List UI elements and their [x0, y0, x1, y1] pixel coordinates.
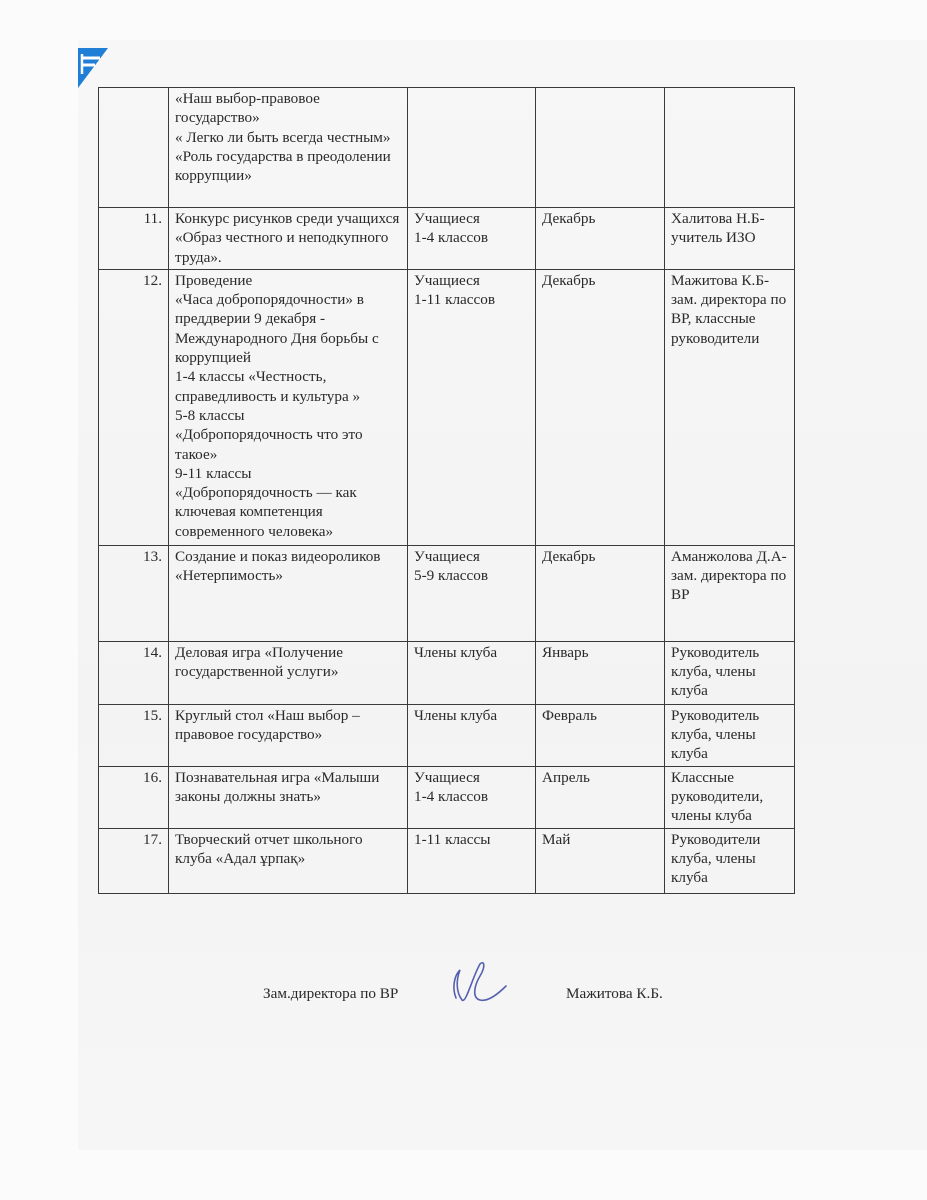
- table-row: 12.Проведение «Часа добропорядочности» в…: [99, 269, 795, 545]
- row-number: 16.: [99, 766, 169, 828]
- table-row: 14.Деловая игра «Получение государственн…: [99, 641, 795, 704]
- event-cell: Познавательная игра «Малыши законы должн…: [169, 766, 408, 828]
- event-cell: Конкурс рисунков среди учащихся «Образ ч…: [169, 208, 408, 270]
- row-number: 15.: [99, 704, 169, 766]
- responsible-cell: Классные руководители, члены клуба: [665, 766, 795, 828]
- table-row: 11.Конкурс рисунков среди учащихся «Обра…: [99, 208, 795, 270]
- participants-cell: Учащиеся 1-11 классов: [408, 269, 536, 545]
- event-plan-table: «Наш выбор-правовое государство» « Легко…: [98, 87, 795, 894]
- date-cell: [536, 88, 665, 208]
- publisher-logo-icon: [78, 48, 108, 88]
- date-cell: Декабрь: [536, 208, 665, 270]
- participants-cell: Учащиеся 5-9 классов: [408, 545, 536, 641]
- handwritten-signature-icon: [446, 958, 508, 1008]
- signature-role: Зам.директора по ВР: [263, 985, 398, 1003]
- row-number: 13.: [99, 545, 169, 641]
- responsible-cell: Аманжолова Д.А-зам. директора по ВР: [665, 545, 795, 641]
- participants-cell: [408, 88, 536, 208]
- responsible-cell: Руководитель клуба, члены клуба: [665, 641, 795, 704]
- participants-cell: 1-11 классы: [408, 828, 536, 893]
- participants-cell: Члены клуба: [408, 641, 536, 704]
- responsible-cell: [665, 88, 795, 208]
- event-cell: «Наш выбор-правовое государство» « Легко…: [169, 88, 408, 208]
- table-row: 17.Творческий отчет школьного клуба «Ада…: [99, 828, 795, 893]
- responsible-cell: Руководитель клуба, члены клуба: [665, 704, 795, 766]
- row-number: [99, 88, 169, 208]
- row-number: 11.: [99, 208, 169, 270]
- date-cell: Январь: [536, 641, 665, 704]
- signatory-name: Мажитова К.Б.: [566, 985, 663, 1003]
- table-row: 16.Познавательная игра «Малыши законы до…: [99, 766, 795, 828]
- event-cell: Создание и показ видеороликов «Нетерпимо…: [169, 545, 408, 641]
- table-row: «Наш выбор-правовое государство» « Легко…: [99, 88, 795, 208]
- event-cell: Деловая игра «Получение государственной …: [169, 641, 408, 704]
- participants-cell: Учащиеся 1-4 классов: [408, 766, 536, 828]
- responsible-cell: Халитова Н.Б-учитель ИЗО: [665, 208, 795, 270]
- date-cell: Февраль: [536, 704, 665, 766]
- participants-cell: Учащиеся 1-4 классов: [408, 208, 536, 270]
- table-row: 15.Круглый стол «Наш выбор – правовое го…: [99, 704, 795, 766]
- date-cell: Апрель: [536, 766, 665, 828]
- row-number: 12.: [99, 269, 169, 545]
- event-cell: Проведение «Часа добропорядочности» в пр…: [169, 269, 408, 545]
- responsible-cell: Мажитова К.Б-зам. директора по ВР, класс…: [665, 269, 795, 545]
- row-number: 14.: [99, 641, 169, 704]
- responsible-cell: Руководители клуба, члены клуба: [665, 828, 795, 893]
- row-number: 17.: [99, 828, 169, 893]
- date-cell: Декабрь: [536, 545, 665, 641]
- table-row: 13.Создание и показ видеороликов «Нетерп…: [99, 545, 795, 641]
- event-cell: Творческий отчет школьного клуба «Адал ұ…: [169, 828, 408, 893]
- date-cell: Май: [536, 828, 665, 893]
- participants-cell: Члены клуба: [408, 704, 536, 766]
- date-cell: Декабрь: [536, 269, 665, 545]
- event-cell: Круглый стол «Наш выбор – правовое госуд…: [169, 704, 408, 766]
